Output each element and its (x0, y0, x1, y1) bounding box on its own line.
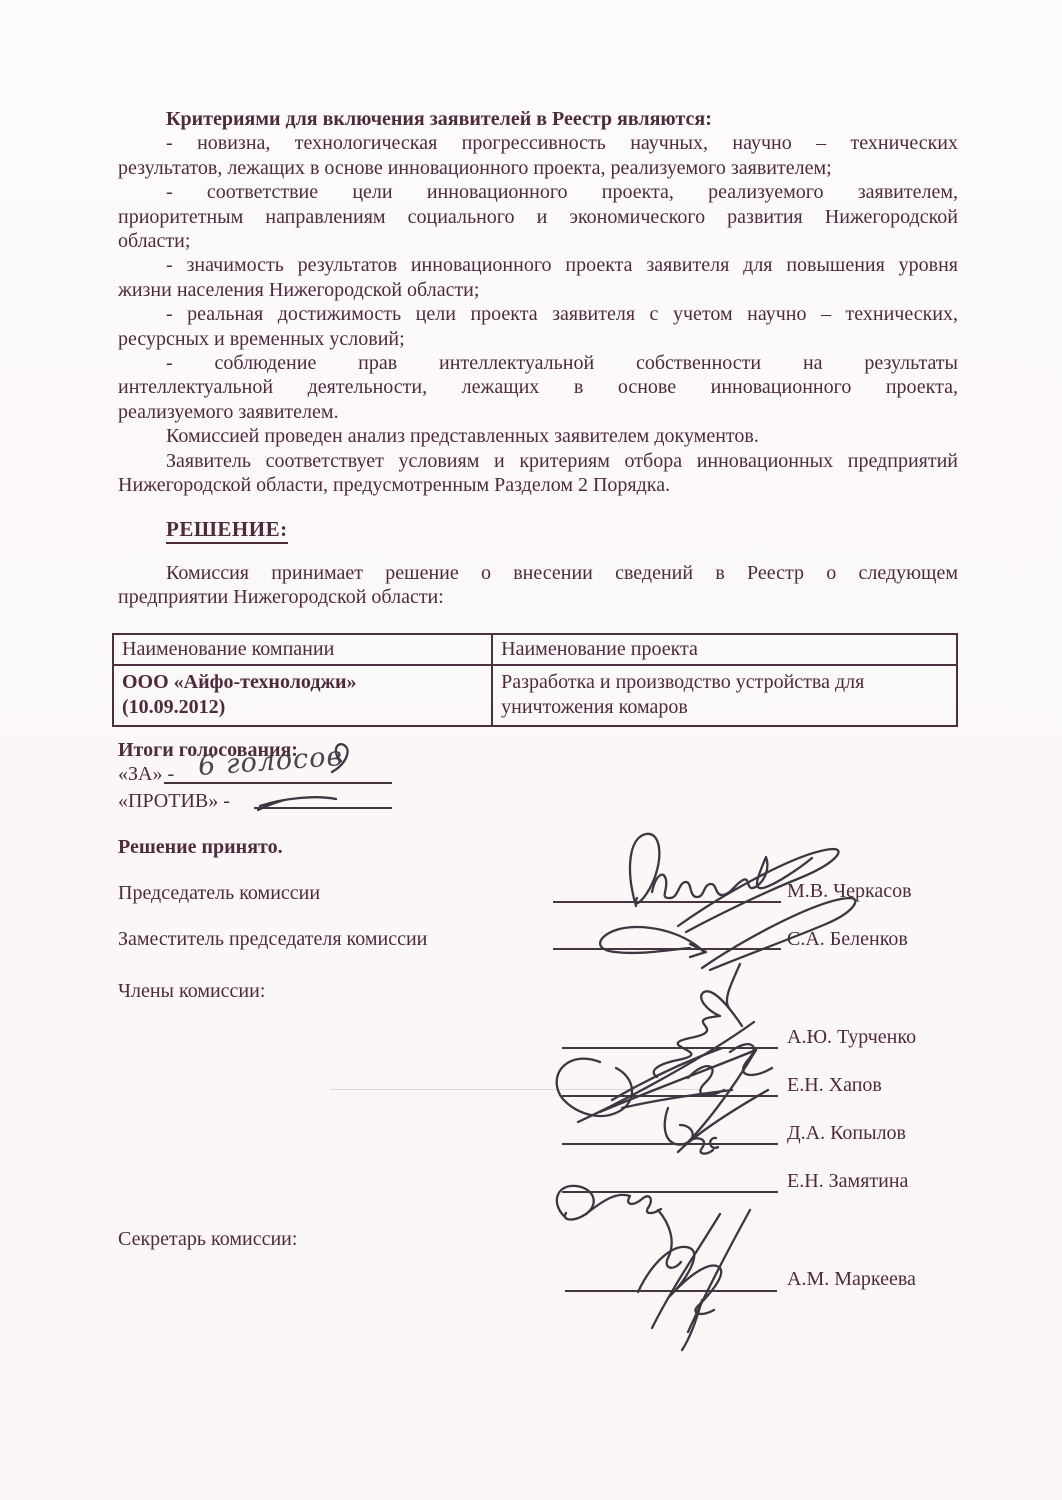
member3-signature-ink2 (622, 1090, 732, 1108)
project-cell: Разработка и производство устройства для… (492, 665, 957, 726)
company-date: (10.09.2012) (122, 695, 483, 719)
deputy-signature-line (553, 948, 781, 950)
decision-result: Решение принято. (118, 836, 283, 859)
secretary-signature-line (565, 1290, 777, 1292)
member1-name: А.Ю. Турченко (787, 1026, 916, 1049)
chairman-name: М.В. Черкасов (787, 880, 912, 903)
decision-heading: РЕШЕНИЕ: (166, 517, 288, 544)
decision-paragraph: Комиссия принимает решение о внесении св… (118, 561, 958, 610)
chairman-signature-line (553, 901, 781, 903)
chairman-role-label: Председатель комиссии (118, 882, 320, 905)
criteria-heading: Критериями для включения заявителей в Ре… (118, 107, 958, 131)
decision-heading-wrap: РЕШЕНИЕ: (166, 517, 288, 542)
scan-artifact-line (330, 1089, 700, 1090)
member2-signature-ink2 (600, 1048, 756, 1112)
member1-signature-ink2 (578, 1022, 754, 1122)
member2-signature-line (562, 1095, 778, 1097)
table-header-row: Наименование компании Наименование проек… (113, 634, 957, 665)
deputy-role-label: Заместитель председателя комиссии (118, 928, 427, 951)
criteria-item-ip-rights: - соблюдение прав интеллектуальной собст… (118, 351, 958, 424)
member4-signature-line (562, 1191, 778, 1193)
member1-signature-ink (654, 991, 742, 1077)
scanned-document-page: Критериями для включения заявителей в Ре… (0, 0, 1062, 1500)
chairman-signature-ink (630, 834, 659, 906)
secretary-signature-ink3 (682, 1300, 702, 1350)
criteria-item-significance: - значимость результатов инновационного … (118, 253, 958, 302)
criteria-item-goal-match: - соответствие цели инновационного проек… (118, 180, 958, 253)
secretary-signature-ink2 (638, 1247, 721, 1314)
company-column-header: Наименование компании (113, 634, 492, 665)
criteria-item-achievability: - реальная достижимость цели проекта зая… (118, 302, 958, 351)
member2-signature-ink4 (678, 1050, 768, 1152)
table-row: ООО «Айфо-технолоджи» (10.09.2012) Разра… (113, 665, 957, 726)
member3-signature-ink (665, 1108, 718, 1154)
company-name: ООО «Айфо-технолоджи» (122, 670, 483, 694)
compliance-statement: Заявитель соответствует условиям и крите… (118, 449, 958, 498)
secretary-label: Секретарь комиссии: (118, 1228, 297, 1251)
deputy-name: С.А. Беленков (787, 928, 908, 951)
member4-signature-ink3 (658, 1210, 681, 1268)
member2-signature-ink3 (688, 1044, 772, 1095)
vote-for-blank-line (164, 782, 392, 784)
member1-signature-line (562, 1047, 778, 1049)
company-table: Наименование компании Наименование проек… (112, 633, 958, 727)
company-cell: ООО «Айфо-технолоджи» (10.09.2012) (113, 665, 492, 726)
vote-against-blank-line (254, 807, 392, 809)
member2-signature-ink (557, 1059, 632, 1116)
project-column-header: Наименование проекта (492, 634, 957, 665)
members-label: Члены комиссии: (118, 980, 265, 1003)
member3-name: Д.А. Копылов (787, 1122, 906, 1145)
member4-signature-ink2 (586, 1195, 661, 1214)
criteria-item-novelty: - новизна, технологическая прогрессивнос… (118, 131, 958, 180)
secretary-name: А.М. Маркеева (787, 1268, 916, 1291)
deputy-signature-ink3 (600, 927, 706, 957)
deputy-signature-ink4 (727, 964, 740, 1008)
criteria-section: Критериями для включения заявителей в Ре… (118, 107, 958, 498)
analysis-statement: Комиссией проведен анализ представленных… (118, 424, 958, 448)
member2-name: Е.Н. Хапов (787, 1074, 882, 1097)
secretary-signature-ink (652, 1210, 750, 1332)
member3-signature-line (562, 1143, 778, 1145)
vote-against-label: «ПРОТИВ» - (118, 790, 230, 813)
member4-name: Е.Н. Замятина (787, 1170, 908, 1193)
